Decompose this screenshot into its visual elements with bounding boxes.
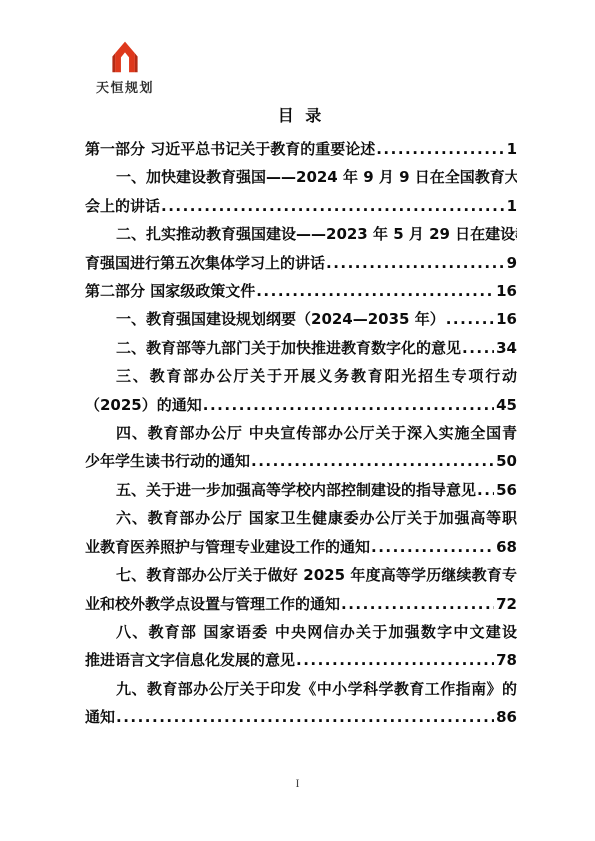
toc-entry-lastline: 会上的讲话...................................… [85,192,517,220]
toc-page-number: 1 [507,192,517,220]
dot-leader: ........................................… [251,447,494,475]
toc-entry-item: 一、加快建设教育强国——2024 年 9 月 9 日在全国教育大会上的讲话...… [85,163,517,220]
toc-entry-item: 一、教育强国建设规划纲要（2024—2035 年）...............… [85,305,517,333]
toc-page-number: 56 [496,476,517,504]
toc-page-number: 1 [507,135,517,163]
toc-page-number: 72 [496,590,517,618]
toc-entry-part: 第一部分 习近平总书记关于教育的重要论述....................… [85,135,517,163]
toc-entry-item: 四、教育部办公厅 中央宣传部办公厅关于深入实施全国青少年学生读书行动的通知...… [85,419,517,476]
toc-page-number: 86 [496,703,517,731]
toc-entry-item: 六、教育部办公厅 国家卫生健康委办公厅关于加强高等职业教育医养照护与管理专业建设… [85,504,517,561]
toc-entry-text: 一、加快建设教育强国——2024 年 9 月 9 日在全国教育大 [85,163,517,191]
toc-entry-text: 少年学生读书行动的通知 [85,447,250,475]
toc-entry-lastline: 一、教育强国建设规划纲要（2024—2035 年）...............… [85,305,517,333]
dot-leader: ........................................… [477,476,494,504]
toc-entry-lastline: （2025）的通知...............................… [85,391,517,419]
dot-leader: ........................................… [376,135,504,163]
toc-entry-text: 五、关于进一步加强高等学校内部控制建设的指导意见 [116,476,476,504]
toc-entry-text: 二、扎实推动教育强国建设——2023 年 5 月 29 日在建设教 [85,220,517,248]
dot-leader: ........................................… [371,533,494,561]
toc-entry-text: 三、教育部办公厅关于开展义务教育阳光招生专项行动 [85,362,517,390]
document-page: 天恒规划 目 录 第一部分 习近平总书记关于教育的重要论述...........… [0,0,595,841]
dot-leader: ........................................… [326,249,505,277]
toc-entry-text: 通知 [85,703,115,731]
dot-leader: ........................................… [203,391,494,419]
table-of-contents: 目 录 第一部分 习近平总书记关于教育的重要论述................… [85,104,517,732]
toc-entry-text: 一、教育强国建设规划纲要（2024—2035 年） [116,305,445,333]
toc-entry-text: 业教育医养照护与管理专业建设工作的通知 [85,533,370,561]
toc-page-number: 50 [496,447,517,475]
toc-entry-text: 七、教育部办公厅关于做好 2025 年度高等学历继续教育专 [85,561,517,589]
dot-leader: ........................................… [296,646,494,674]
building-mark-icon [109,38,141,74]
toc-title: 目 录 [85,104,517,128]
dot-leader: ........................................… [341,590,494,618]
toc-entry-lastline: 第一部分 习近平总书记关于教育的重要论述....................… [85,135,517,163]
toc-entry-lastline: 五、关于进一步加强高等学校内部控制建设的指导意见................… [85,476,517,504]
dot-leader: ........................................… [116,703,494,731]
toc-entry-part: 第二部分 国家级政策文件............................… [85,277,517,305]
logo-text: 天恒规划 [96,77,154,96]
toc-entry-lastline: 育强国进行第五次集体学习上的讲话........................… [85,249,517,277]
toc-page-number: 9 [507,249,517,277]
toc-page-number: 45 [496,391,517,419]
toc-entry-text: （2025）的通知 [85,391,202,419]
company-logo: 天恒规划 [89,38,161,96]
toc-entry-item: 七、教育部办公厅关于做好 2025 年度高等学历继续教育专业和校外教学点设置与管… [85,561,517,618]
toc-entry-text: 二、教育部等九部门关于加快推进教育数字化的意见 [116,334,461,362]
toc-entry-lastline: 业和校外教学点设置与管理工作的通知.......................… [85,590,517,618]
toc-page-number: 16 [496,277,517,305]
toc-entry-item: 三、教育部办公厅关于开展义务教育阳光招生专项行动（2025）的通知.......… [85,362,517,419]
toc-entry-lastline: 第二部分 国家级政策文件............................… [85,277,517,305]
toc-entry-item: 九、教育部办公厅关于印发《中小学科学教育工作指南》的通知............… [85,675,517,732]
toc-page-number: 16 [496,305,517,333]
toc-entry-item: 八、教育部 国家语委 中央网信办关于加强数字中文建设推进语言文字信息化发展的意见… [85,618,517,675]
toc-entry-text: 第一部分 习近平总书记关于教育的重要论述 [85,135,375,163]
toc-entry-item: 五、关于进一步加强高等学校内部控制建设的指导意见................… [85,476,517,504]
toc-entry-text: 八、教育部 国家语委 中央网信办关于加强数字中文建设 [85,618,517,646]
toc-entry-lastline: 业教育医养照护与管理专业建设工作的通知.....................… [85,533,517,561]
toc-entry-item: 二、扎实推动教育强国建设——2023 年 5 月 29 日在建设教育强国进行第五… [85,220,517,277]
toc-entry-lastline: 少年学生读书行动的通知.............................… [85,447,517,475]
footer-page-number: I [0,776,595,791]
toc-entry-text: 推进语言文字信息化发展的意见 [85,646,295,674]
dot-leader: ........................................… [256,277,494,305]
toc-list: 第一部分 习近平总书记关于教育的重要论述....................… [85,135,517,732]
toc-entry-lastline: 二、教育部等九部门关于加快推进教育数字化的意见.................… [85,334,517,362]
toc-entry-text: 九、教育部办公厅关于印发《中小学科学教育工作指南》的 [85,675,517,703]
toc-entry-text: 六、教育部办公厅 国家卫生健康委办公厅关于加强高等职 [85,504,517,532]
dot-leader: ........................................… [462,334,494,362]
dot-leader: ........................................… [161,192,505,220]
toc-entry-item: 二、教育部等九部门关于加快推进教育数字化的意见.................… [85,334,517,362]
toc-entry-lastline: 通知......................................… [85,703,517,731]
toc-entry-text: 育强国进行第五次集体学习上的讲话 [85,249,325,277]
toc-entry-text: 第二部分 国家级政策文件 [85,277,255,305]
toc-entry-text: 四、教育部办公厅 中央宣传部办公厅关于深入实施全国青 [85,419,517,447]
toc-page-number: 78 [496,646,517,674]
toc-page-number: 68 [496,533,517,561]
toc-page-number: 34 [496,334,517,362]
dot-leader: ........................................… [446,305,494,333]
toc-entry-lastline: 推进语言文字信息化发展的意见..........................… [85,646,517,674]
toc-entry-text: 业和校外教学点设置与管理工作的通知 [85,590,340,618]
toc-entry-text: 会上的讲话 [85,192,160,220]
